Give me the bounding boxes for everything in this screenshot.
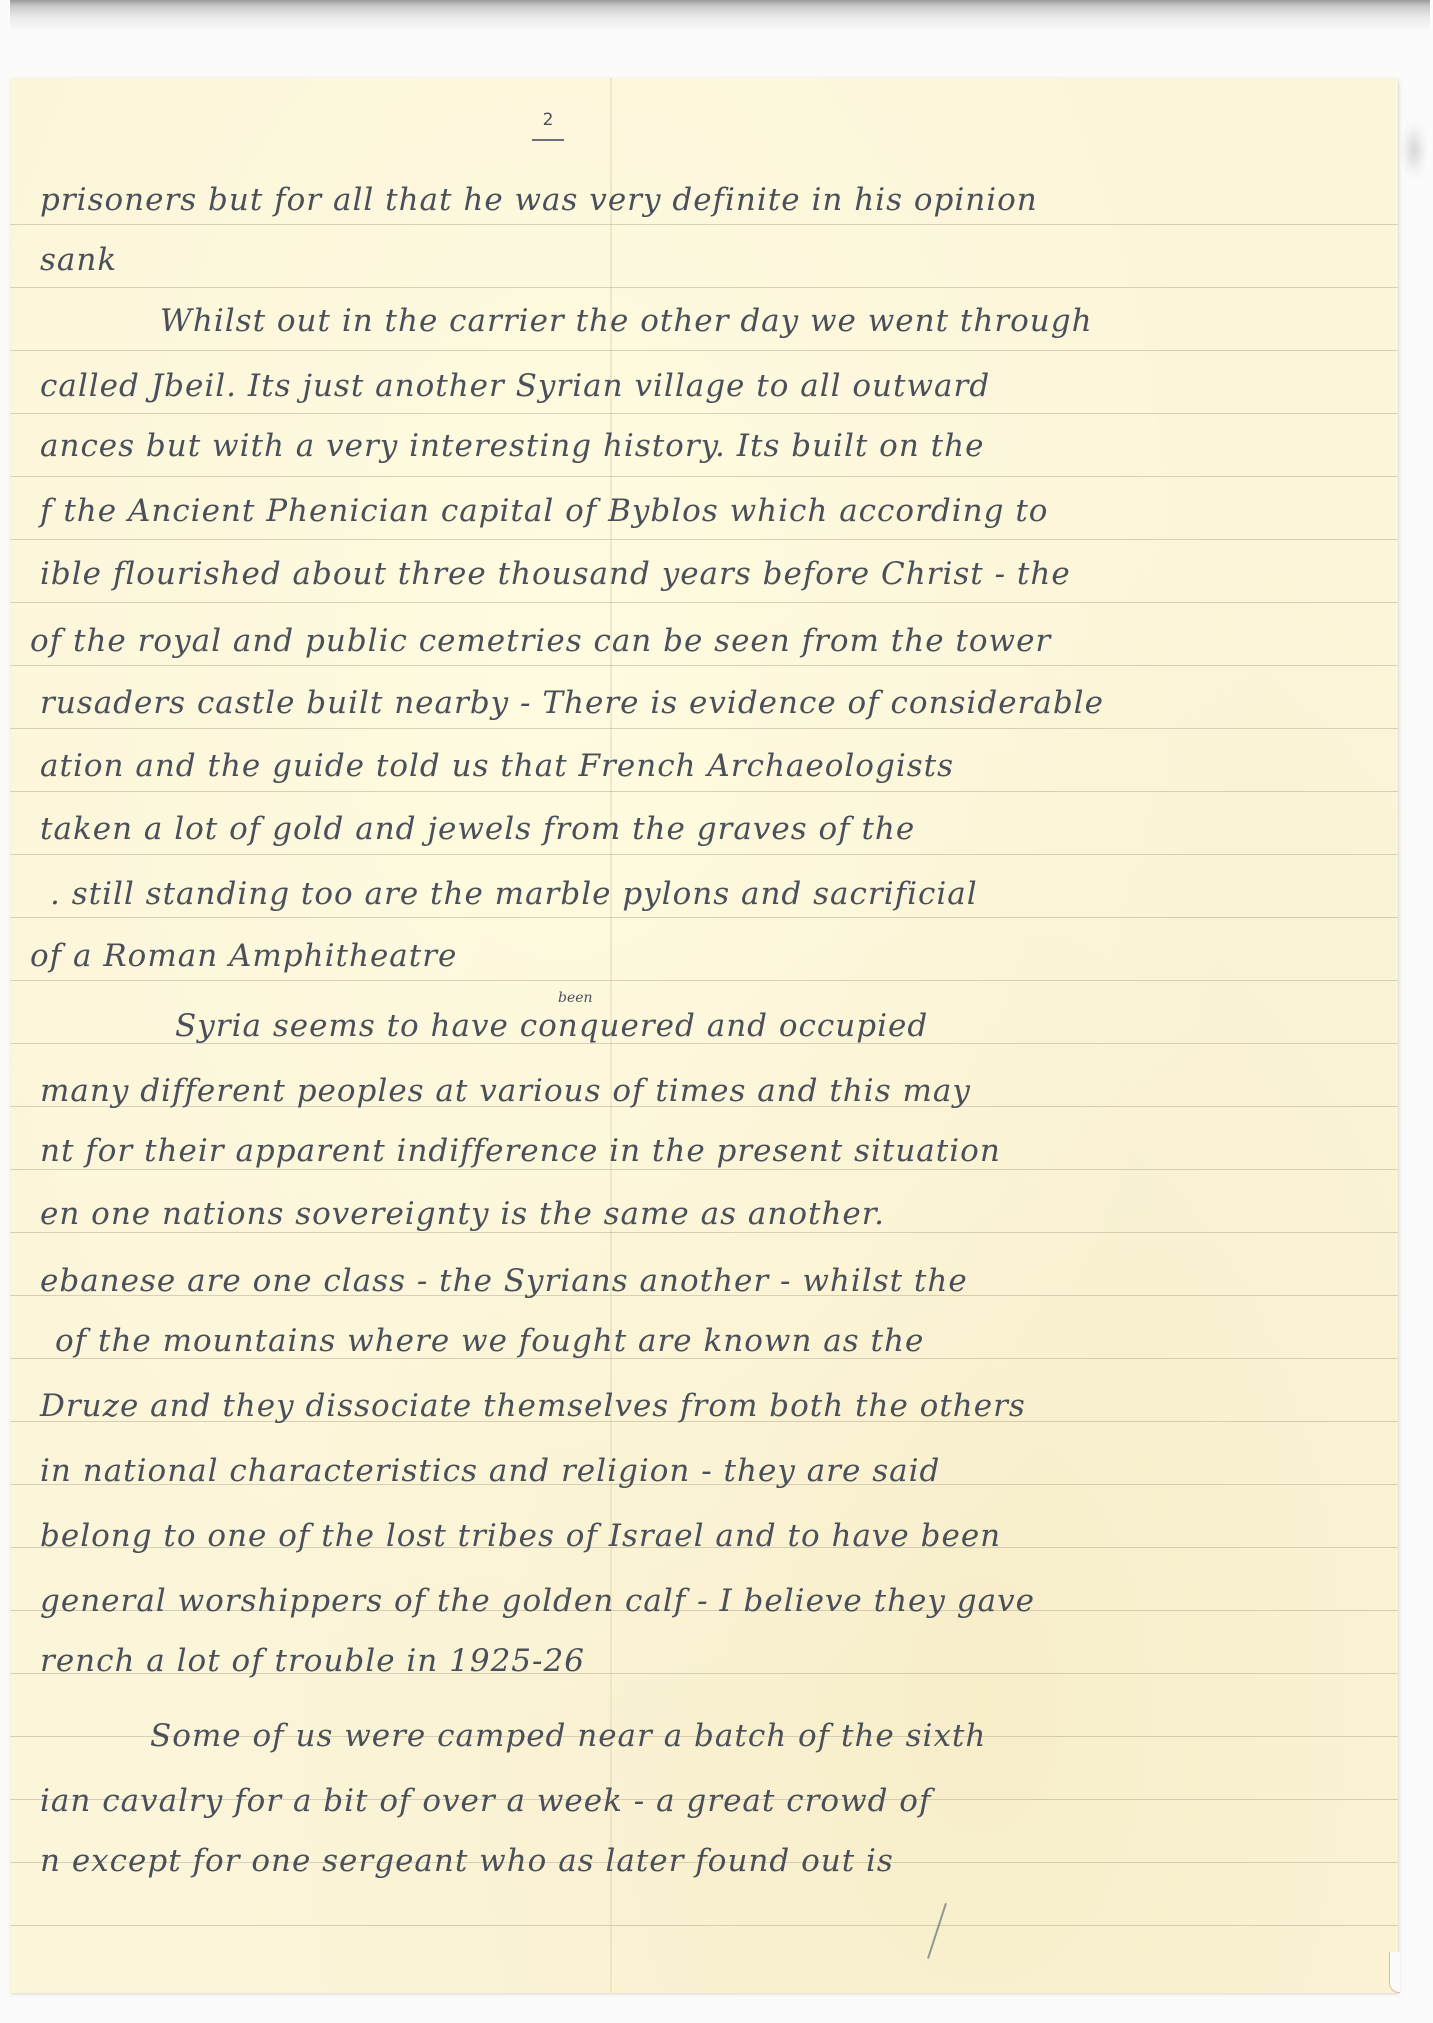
handwritten-line: prisoners but for all that he was very d… — [40, 182, 1370, 218]
ruled-line — [10, 1232, 1398, 1233]
ruled-line — [10, 1925, 1398, 1926]
handwritten-line: general worshippers of the golden calf -… — [40, 1583, 1035, 1619]
page-number: 2 — [538, 110, 558, 130]
handwritten-line: belong to one of the lost tribes of Isra… — [40, 1518, 1001, 1554]
handwritten-line: en one nations sovereignty is the same a… — [40, 1196, 885, 1232]
stray-pen-stroke — [927, 1903, 947, 1959]
ruled-line — [10, 287, 1398, 288]
handwritten-line: of a Roman Amphitheatre — [30, 938, 457, 974]
handwritten-line: nt for their apparent indifference in th… — [40, 1133, 1001, 1169]
handwritten-line: ian cavalry for a bit of over a week - a… — [40, 1783, 931, 1819]
handwritten-line: sank — [40, 242, 117, 278]
handwritten-line: n except for one sergeant who as later f… — [40, 1843, 894, 1879]
handwritten-line: in national characteristics and religion… — [40, 1453, 940, 1489]
ruled-line — [10, 917, 1398, 918]
paper-corner-tear — [1389, 1952, 1400, 1993]
handwritten-line: of the mountains where we fought are kno… — [55, 1323, 924, 1359]
ruled-line — [10, 539, 1398, 540]
letter-page: 2 prisoners but for all that he was very… — [10, 78, 1398, 1993]
handwritten-line: rench a lot of trouble in 1925-26 — [40, 1643, 585, 1679]
ruled-line — [10, 665, 1398, 666]
handwritten-line: rusaders castle built nearby - There is … — [40, 685, 1104, 721]
handwritten-line: ation and the guide told us that French … — [40, 748, 954, 784]
handwritten-line: ible flourished about three thousand yea… — [40, 556, 1071, 592]
handwritten-line: Some of us were camped near a batch of t… — [150, 1718, 986, 1754]
handwritten-line: Syria seems to have conquered and occupi… — [175, 1008, 928, 1044]
scan-margin-smudge — [1400, 120, 1428, 180]
ruled-line — [10, 854, 1398, 855]
handwritten-line: Druze and they dissociate themselves fro… — [40, 1388, 1026, 1424]
ruled-line — [10, 791, 1398, 792]
page-number-underline — [532, 139, 564, 141]
ruled-line — [10, 224, 1398, 225]
handwritten-line: f the Ancient Phenician capital of Byblo… — [40, 493, 1048, 529]
ruled-line — [10, 728, 1398, 729]
handwritten-line: of the royal and public cemetries can be… — [30, 623, 1051, 659]
handwritten-line: called Jbeil. Its just another Syrian vi… — [40, 368, 990, 404]
handwritten-line: many different peoples at various of tim… — [40, 1073, 971, 1109]
handwritten-line: ances but with a very interesting histor… — [40, 428, 984, 464]
handwritten-line: ebanese are one class - the Syrians anot… — [40, 1263, 968, 1299]
ruled-line — [10, 602, 1398, 603]
ruled-line — [10, 980, 1398, 981]
handwritten-insertion: been — [558, 990, 593, 1006]
ruled-line — [10, 413, 1398, 414]
handwritten-line: Whilst out in the carrier the other day … — [160, 303, 1093, 339]
ruled-line — [10, 476, 1398, 477]
handwritten-line: . still standing too are the marble pylo… — [50, 876, 978, 912]
ruled-line — [10, 350, 1398, 351]
handwritten-line: taken a lot of gold and jewels from the … — [40, 811, 915, 847]
scan-top-shadow — [10, 0, 1430, 30]
ruled-line — [10, 1169, 1398, 1170]
